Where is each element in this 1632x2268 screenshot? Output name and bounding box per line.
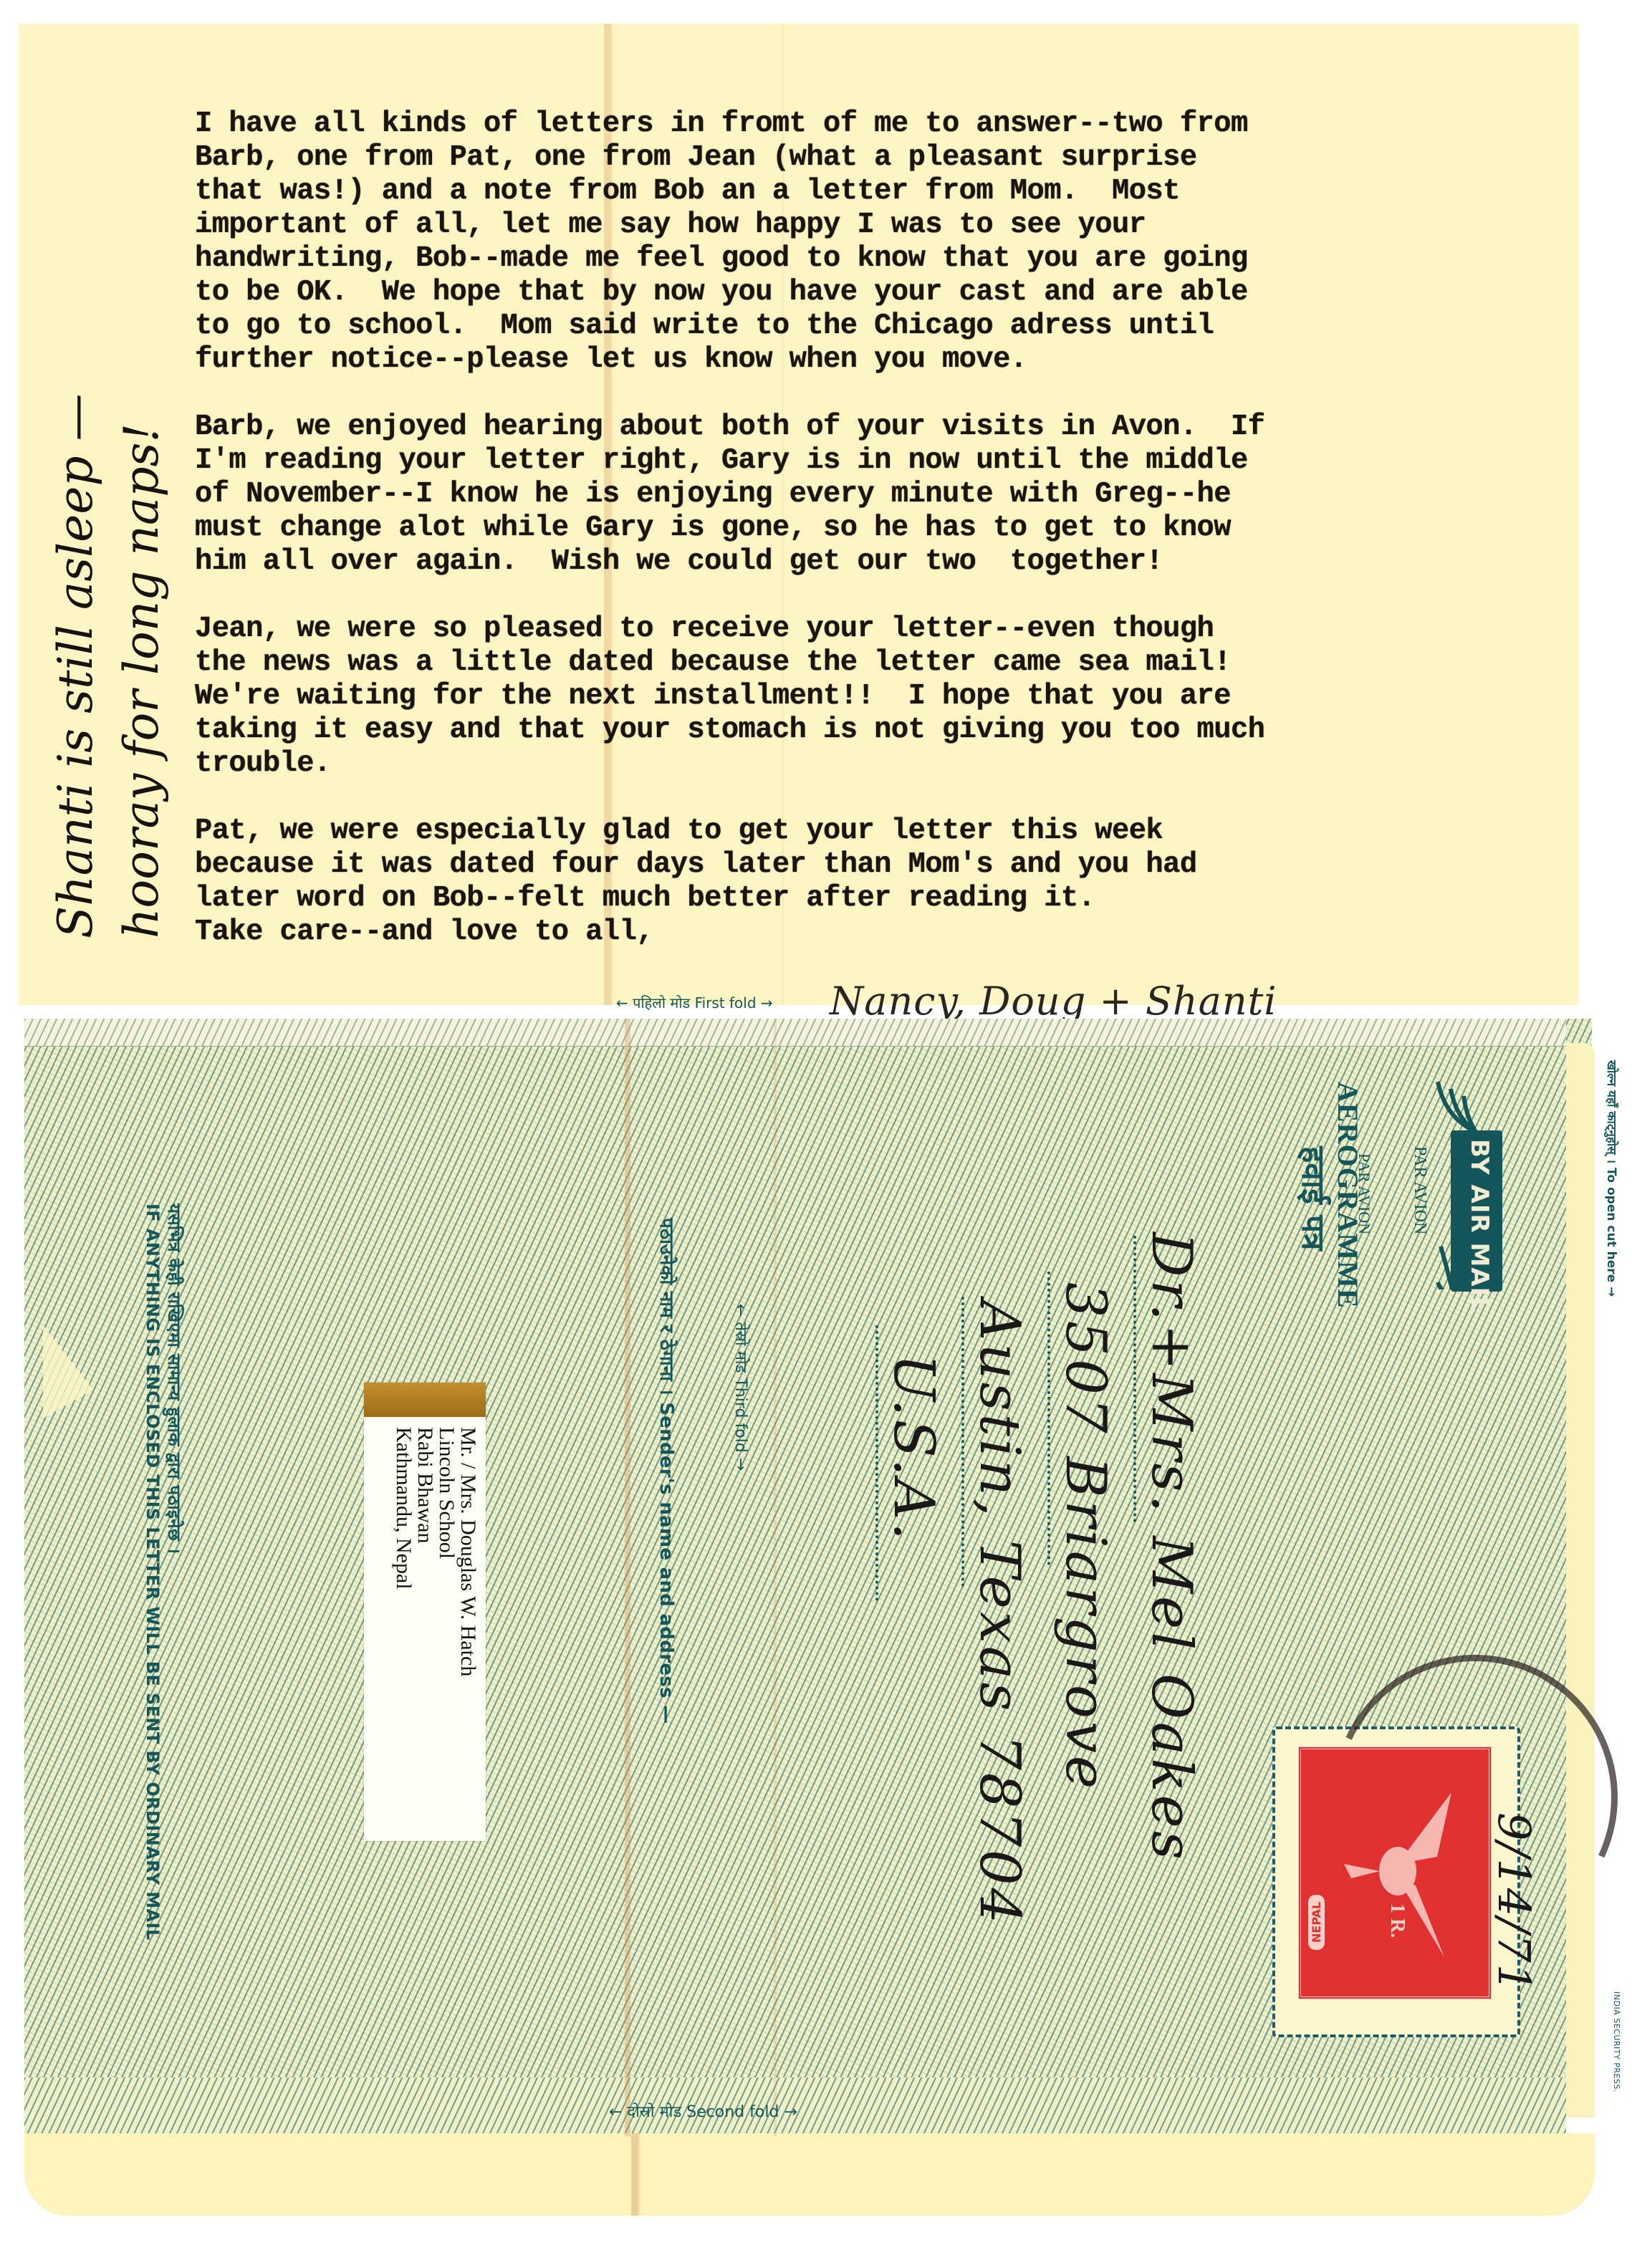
letter-line: important of all, let me say how happy I…: [195, 208, 1556, 242]
printer-imprint: INDIA SECURITY PRESS.: [1612, 1991, 1621, 2092]
recipient-address-line: 3507 Briargrove: [1053, 1282, 1118, 1792]
letter-line: handwriting, Bob--made me feel good to k…: [195, 242, 1556, 276]
letter-line: We're waiting for the next installment!!…: [195, 680, 1556, 713]
folded-corner: [43, 1325, 93, 1418]
address-dotted-line: [961, 1297, 964, 1587]
open-tear-tab: [1566, 1043, 1595, 2118]
letter-line: later word on Bob--felt much better afte…: [195, 882, 1556, 916]
letter-line: Take care--and love to all,: [195, 916, 1556, 949]
handwritten-margin-note: Shanti is still asleep — hooray for long…: [43, 57, 175, 938]
letter-line: the news was a little dated because the …: [195, 646, 1556, 680]
letter-line: I have all kinds of letters in fromt of …: [195, 107, 1556, 141]
letter-line: trouble.: [195, 747, 1556, 781]
margin-note-line: hooray for long naps!: [109, 57, 175, 938]
vertical-crease: [625, 1019, 630, 2136]
tape-strip: [364, 1383, 486, 1417]
letter-line: that was!) and a note from Bob an a lett…: [195, 175, 1556, 208]
letter-line: to go to school. Mom said write to the C…: [195, 309, 1556, 343]
airmail-text: BY AIR MAIL: [1465, 1139, 1494, 1313]
letter-paragraph: Jean, we were so pleased to receive your…: [195, 612, 1556, 781]
letter-line: him all over again. Wish we could get ou…: [195, 545, 1556, 579]
letter-line: to be OK. We hope that by now you have y…: [195, 276, 1556, 309]
address-dotted-line: [1133, 1236, 1136, 1522]
letter-line: Pat, we were especially glad to get your…: [195, 815, 1556, 848]
enclosure-warning-english: IF ANYTHING IS ENCLOSED THIS LETTER WILL…: [142, 1203, 163, 1941]
first-fold-label: ← पहिलो मोड First fold →: [616, 993, 773, 1012]
handwritten-date: 9/14/71: [1488, 1812, 1540, 1994]
recipient-address-line: Dr.+Mrs. Mel Oakes: [1139, 1232, 1204, 1863]
aerogramme-top-strip: [24, 1019, 1566, 1047]
return-address-line: Lincoln School: [436, 1427, 457, 1676]
letter-line: taking it easy and that your stomach is …: [195, 713, 1556, 747]
return-address-line: Mr. / Mrs. Douglas W. Hatch: [457, 1427, 479, 1676]
margin-note-line: Shanti is still asleep —: [43, 57, 109, 938]
cut-here-instruction: खोल्न यहाँ काट्नुहोस् । To open cut here…: [1604, 1060, 1621, 1297]
enclosure-warning: यसभित्र केही राखिएमा सामान्य हुलाक द्वार…: [142, 1203, 185, 1941]
aerogramme-title-nepali: हवाई पत्र: [1293, 1146, 1336, 1250]
letter-paragraph: I have all kinds of letters in fromt of …: [195, 107, 1556, 377]
enclosure-warning-nepali: यसभित्र केही राखिएमा सामान्य हुलाक द्वार…: [163, 1203, 185, 1941]
second-fold-label: ← दोस्रो मोड Second fold →: [609, 2100, 797, 2122]
letter-line: Barb, we enjoyed hearing about both of y…: [195, 410, 1556, 444]
address-dotted-line: [875, 1325, 878, 1601]
handwritten-signature: Nancy, Doug + Shanti: [830, 979, 1277, 1024]
aerogramme-title: AEROGRAMME: [1331, 1082, 1365, 1309]
third-fold-label: ← तेस्रो मोड Third fold →: [731, 1304, 752, 1471]
par-avion-label: PAR AVION: [1410, 1146, 1429, 1234]
vertical-crease: [774, 1019, 777, 2136]
recipient-address-line: Austin, Texas 78704: [967, 1300, 1032, 1926]
return-address-line: Rabi Bhawan: [414, 1427, 436, 1676]
letter-line: Jean, we were so pleased to receive your…: [195, 612, 1556, 646]
letter-line: Barb, one from Pat, one from Jean (what …: [195, 141, 1556, 175]
return-address-line: Kathmandu, Nepal: [393, 1427, 414, 1676]
bottom-flap: [24, 2133, 1595, 2216]
typed-letter-body: I have all kinds of letters in fromt of …: [195, 107, 1556, 949]
address-dotted-line: [1047, 1272, 1050, 1565]
letter-paragraph: Pat, we were especially glad to get your…: [195, 815, 1556, 949]
sender-name-address-label: पठाउनेको नाम र ठेगाना । Sender's name an…: [655, 1218, 681, 1724]
letter-line: must change alot while Gary is gone, so …: [195, 511, 1556, 545]
return-address-label: Mr. / Mrs. Douglas W. Hatch Lincoln Scho…: [364, 1383, 486, 1841]
recipient-address-line: U.S.A.: [881, 1354, 946, 1543]
letter-line: further notice--please let us know when …: [195, 343, 1556, 377]
letter-line: because it was dated four days later tha…: [195, 848, 1556, 882]
stamp-country: NEPAL: [1308, 1895, 1325, 1950]
letter-paragraph: Barb, we enjoyed hearing about both of y…: [195, 410, 1556, 579]
letter-line: I'm reading your letter right, Gary is i…: [195, 444, 1556, 478]
letter-line: of November--I know he is enjoying every…: [195, 478, 1556, 511]
